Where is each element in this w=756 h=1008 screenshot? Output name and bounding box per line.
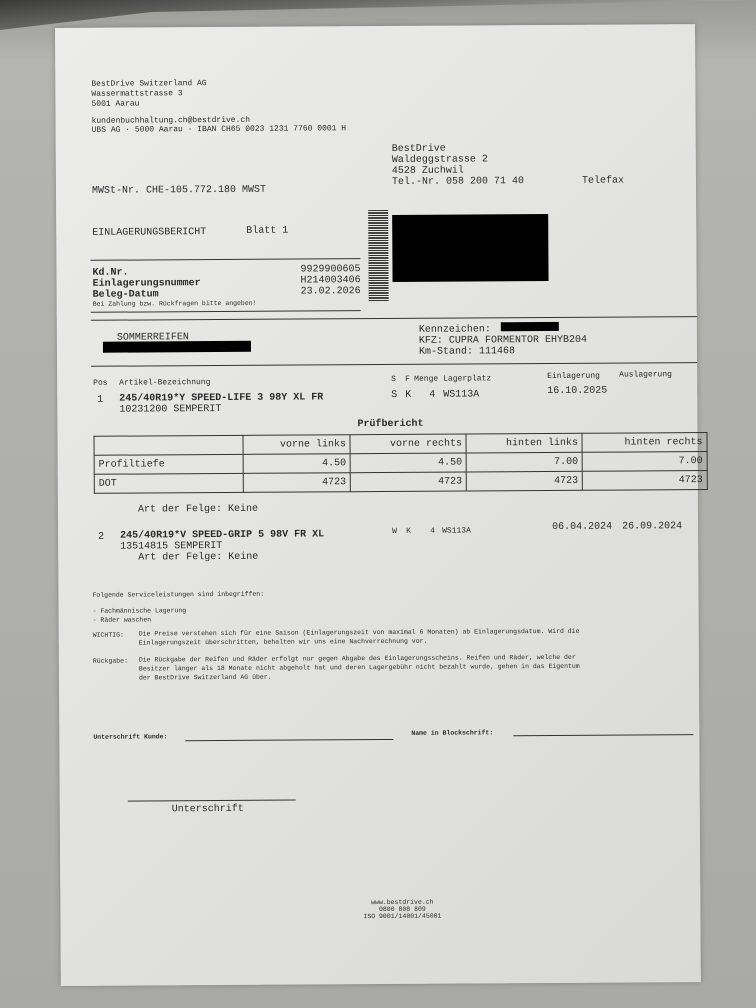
- col-location: Lagerplatz: [443, 374, 491, 384]
- vat-number: MWSt-Nr. CHE-105.772.180 MWST: [92, 185, 266, 198]
- item-f: K: [405, 390, 411, 402]
- reference-note: Bei Zahlung bzw. Rückfragen bitte angebe…: [93, 300, 257, 310]
- row-label: DOT: [94, 473, 243, 493]
- block-name-label: Name in Blockschrift:: [411, 729, 493, 738]
- return-text-2: Besitzer länger als 18 Monate nicht abge…: [139, 663, 580, 674]
- return-label: Rückgabe:: [93, 658, 128, 667]
- redacted-address: [392, 214, 548, 282]
- block-name-line[interactable]: [513, 734, 693, 736]
- item-s: W: [392, 527, 397, 537]
- redacted-customer-name: [103, 341, 251, 353]
- header-cell: hinten links: [466, 433, 582, 453]
- branch-phone: Tel.-Nr. 058 200 71 40: [392, 176, 524, 189]
- document-date: 23.02.2026: [301, 286, 361, 298]
- line-item: 2 245/40R19*V SPEED-GRIP 5 98V FR XL 135…: [55, 24, 695, 28]
- customer-signature-label: Unterschrift Kunde:: [93, 733, 167, 742]
- value-cell: 7.00: [467, 452, 583, 472]
- col-pos: Pos: [93, 379, 107, 389]
- divider: [91, 362, 697, 367]
- important-text-2: Einlagerungszeit überschritten, behalten…: [139, 638, 428, 648]
- header-cell: vorne links: [243, 435, 351, 455]
- customer-signature-line[interactable]: [185, 739, 393, 741]
- mileage: Km-Stand: 111468: [419, 346, 515, 359]
- col-in: Einlagerung: [547, 372, 600, 382]
- value-cell: 4723: [351, 472, 467, 492]
- item-rim-type: Art der Felge: Keine: [138, 504, 258, 517]
- item-pos: 1: [97, 395, 103, 407]
- col-out: Auslagerung: [619, 370, 672, 380]
- row-label: Profiltiefe: [94, 454, 243, 474]
- item-s: S: [391, 390, 397, 402]
- divider: [91, 310, 361, 313]
- header-cell: vorne rechts: [350, 434, 466, 454]
- storage-report-document: BestDrive Switzerland AG Wassermattstras…: [55, 24, 701, 986]
- service-item: - Fachmännische Lagerung: [93, 607, 187, 616]
- value-cell: 7.00: [583, 452, 708, 472]
- item-pos: 2: [98, 532, 104, 544]
- sheet-number: Blatt 1: [246, 226, 288, 238]
- item-rim-type: Art der Felge: Keine: [138, 552, 258, 565]
- col-s: S: [391, 375, 396, 385]
- footer-iso: ISO 9001/14001/45001: [342, 913, 462, 922]
- col-qty: Menge: [414, 375, 438, 385]
- sender-city: 5001 Aarau: [91, 99, 139, 109]
- signature-line[interactable]: [128, 800, 296, 802]
- sender-bank: UBS AG · 5000 Aarau · IBAN CH65 0023 123…: [92, 124, 347, 136]
- item-qty: 4: [429, 390, 435, 402]
- col-article: Artikel-Bezeichnung: [119, 378, 210, 389]
- services-intro: Folgende Serviceleistungen sind inbegrif…: [92, 591, 264, 601]
- value-cell: 4723: [583, 471, 708, 491]
- header-cell: hinten rechts: [582, 433, 707, 453]
- inspection-table: vorne links vorne rechts hinten links hi…: [93, 432, 707, 494]
- redacted-plate: [501, 322, 559, 331]
- return-text-3: der BestDrive Switzerland AG über.: [139, 674, 272, 683]
- divider: [91, 316, 697, 321]
- important-label: WICHTIG:: [93, 632, 124, 641]
- service-item: - Räder waschen: [93, 616, 152, 625]
- barcode: [368, 210, 389, 302]
- value-cell: 4.50: [243, 454, 351, 474]
- item-location: WS113A: [442, 526, 471, 536]
- divider: [90, 258, 360, 261]
- value-cell: 4723: [243, 473, 351, 493]
- item-qty: 4: [430, 527, 435, 537]
- header-cell: [94, 435, 243, 455]
- item-retrieved-date: 26.09.2024: [622, 521, 682, 533]
- item-code: 10231200 SEMPERIT: [119, 404, 221, 417]
- item-stored-date: 06.04.2024: [552, 522, 612, 534]
- item-stored-date: 16.10.2025: [547, 386, 607, 398]
- value-cell: 4.50: [351, 453, 467, 473]
- signature-label: Unterschrift: [172, 804, 244, 816]
- inspection-title: Prüfbericht: [357, 419, 423, 431]
- item-location: WS113A: [443, 389, 479, 401]
- value-cell: 4723: [467, 471, 583, 491]
- sender-company: BestDrive Switzerland AG: [91, 79, 206, 90]
- item-f: K: [406, 527, 411, 537]
- branch-fax-label: Telefax: [582, 176, 624, 188]
- inspection-row-dot: DOT 4723 4723 4723 4723: [94, 471, 707, 494]
- line-item: 1 245/40R19*Y SPEED-LIFE 3 98Y XL FR 102…: [55, 24, 695, 28]
- sender-street: Wassermattstrasse 3: [91, 89, 182, 100]
- col-f: F: [405, 375, 410, 385]
- report-title: EINLAGERUNGSBERICHT: [92, 227, 206, 240]
